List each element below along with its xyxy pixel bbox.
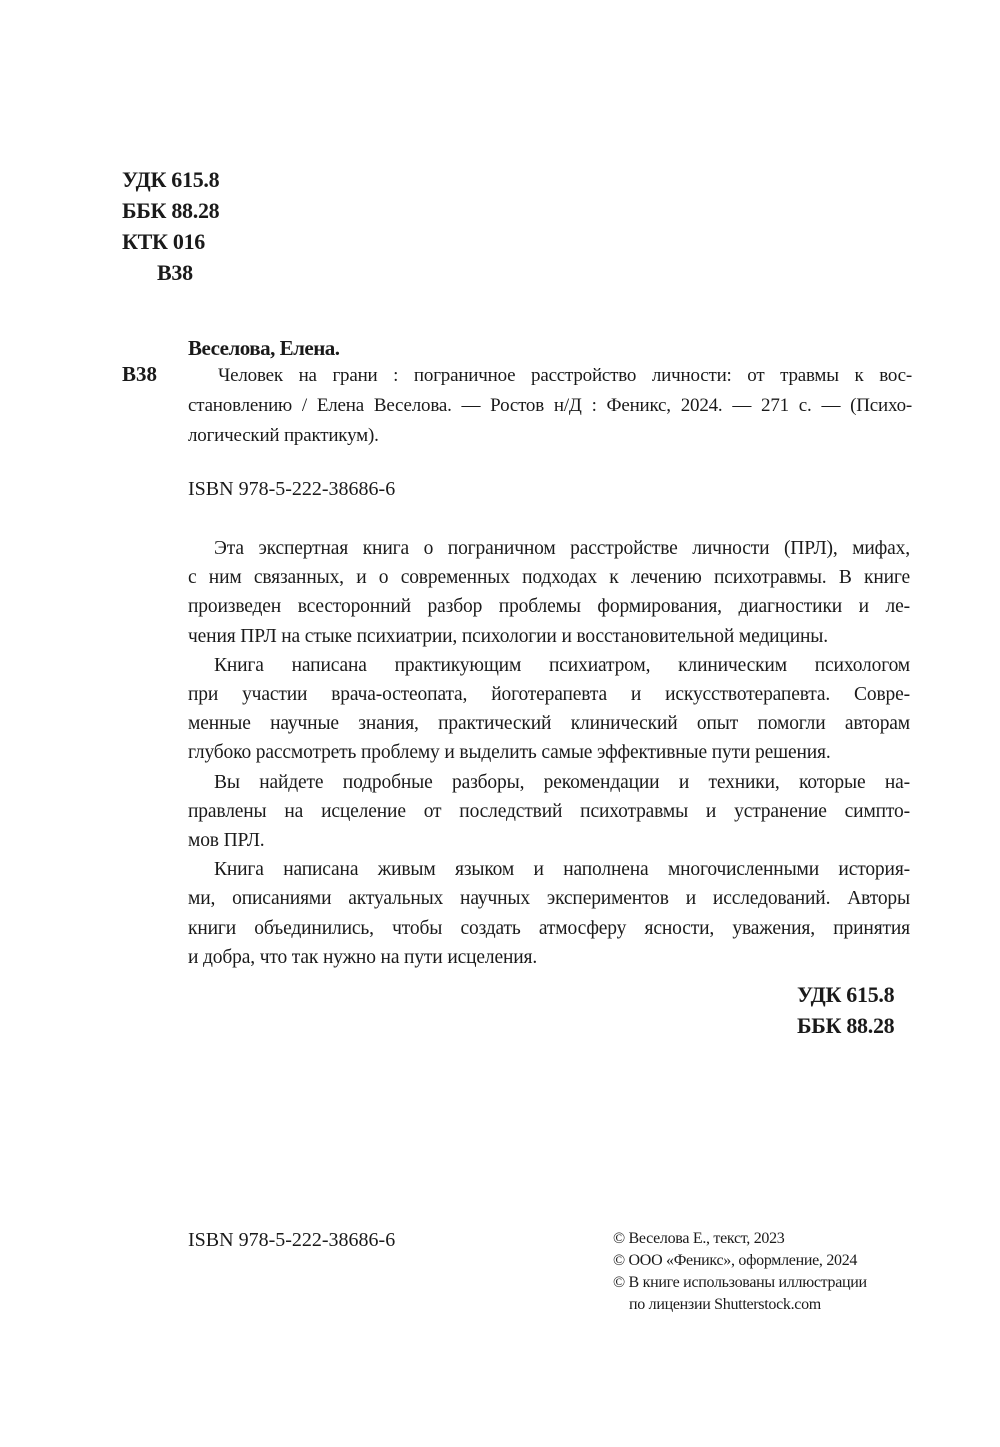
annotation-line: Вы найдете подробные разборы, рекомендац… <box>188 768 910 797</box>
copyright-text: © Веселова Е., текст, 2023 <box>613 1228 867 1250</box>
annotation-line: при участии врача-остеопата, йоготерапев… <box>188 680 910 709</box>
record-author: Веселова, Елена. <box>188 335 340 361</box>
bibliographic-record: Человек на грани : пограничное расстройс… <box>188 361 912 451</box>
copyright-license: по лицензии Shutterstock.com <box>613 1294 867 1316</box>
record-line: логический практикум). <box>188 421 912 451</box>
udk-index: УДК 615.8 <box>797 979 894 1010</box>
annotation-line: чения ПРЛ на стыке психиатрии, психологи… <box>188 622 910 651</box>
copyright-block: © Веселова Е., текст, 2023 © ООО «Феникс… <box>613 1228 867 1316</box>
record-line: становлению / Елена Веселова. — Ростов н… <box>188 391 912 421</box>
annotation-line: книги объединились, чтобы создать атмосф… <box>188 914 910 943</box>
annotation-line: мов ПРЛ. <box>188 826 910 855</box>
annotation-line: и добра, что так нужно на пути исцеления… <box>188 943 910 972</box>
annotation-line: менные научные знания, практический клин… <box>188 709 910 738</box>
annotation-line: ми, описаниями актуальных научных экспер… <box>188 884 910 913</box>
annotation-line: правлены на исцеление от последствий пси… <box>188 797 910 826</box>
copyright-illustrations: © В книге использованы иллюстрации <box>613 1272 867 1294</box>
record-line: Человек на грани : пограничное расстройс… <box>188 361 912 391</box>
annotation-line: глубоко рассмотреть проблему и выделить … <box>188 738 910 767</box>
record-isbn: ISBN 978-5-222-38686-6 <box>188 475 395 503</box>
footer-isbn: ISBN 978-5-222-38686-6 <box>188 1226 395 1254</box>
annotation-line: Книга написана практикующим психиатром, … <box>188 651 910 680</box>
annotation-line: Книга написана живым языком и наполнена … <box>188 855 910 884</box>
udk-index: УДК 615.8 <box>122 164 219 195</box>
bbk-index: ББК 88.28 <box>797 1010 894 1041</box>
annotation-line: произведен всесторонний разбор проблемы … <box>188 592 910 621</box>
annotation-line: с ним связанных, и о современных подхода… <box>188 563 910 592</box>
bbk-index: ББК 88.28 <box>122 195 219 226</box>
annotation: Эта экспертная книга о пограничном расст… <box>188 534 910 972</box>
classification-indices-bottom: УДК 615.8 ББК 88.28 <box>797 979 894 1041</box>
classification-indices-top: УДК 615.8 ББК 88.28 КТК 016 В38 <box>122 164 219 288</box>
author-sign: В38 <box>122 257 219 288</box>
annotation-line: Эта экспертная книга о пограничном расст… <box>188 534 910 563</box>
copyright-design: © ООО «Феникс», оформление, 2024 <box>613 1250 867 1272</box>
record-author-sign: В38 <box>122 361 157 387</box>
ktk-index: КТК 016 <box>122 226 219 257</box>
